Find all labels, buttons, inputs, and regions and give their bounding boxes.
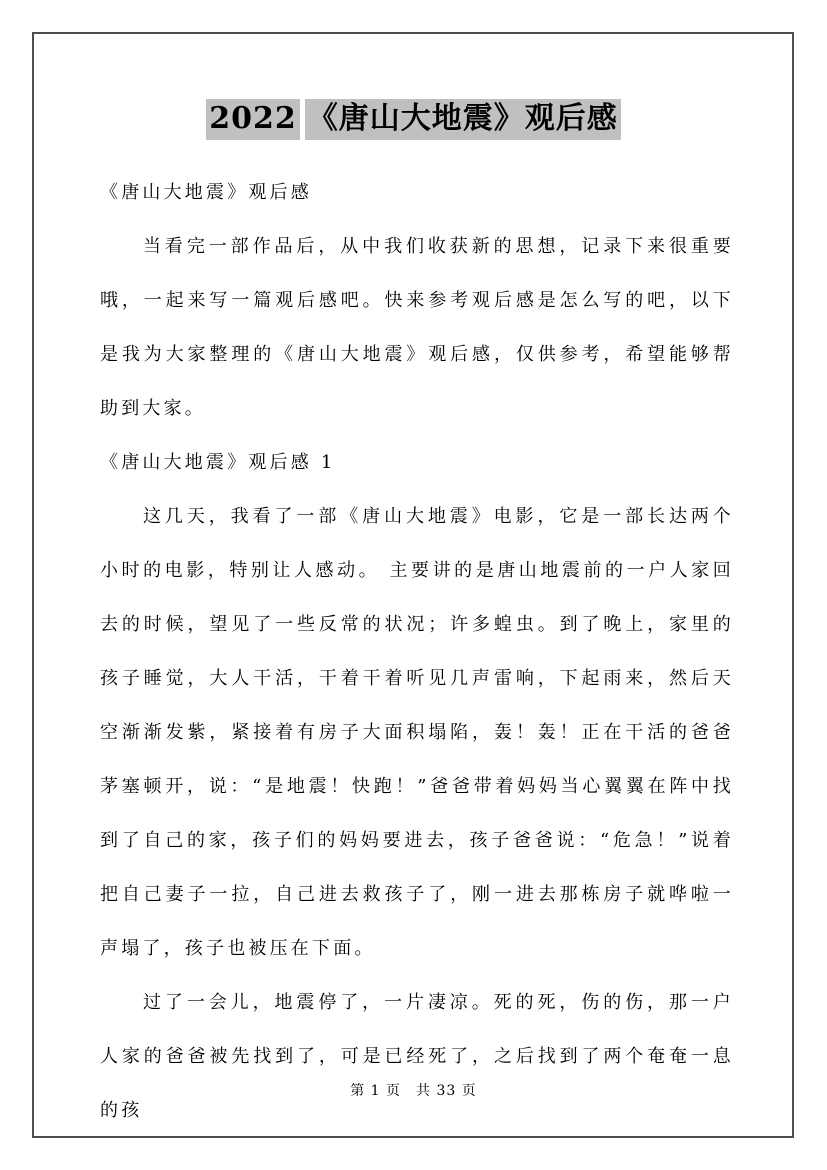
document-body: 《唐山大地震》观后感 当看完一部作品后，从中我们收获新的思想，记录下来很重要哦，…: [100, 166, 734, 1138]
section-heading: 《唐山大地震》观后感: [100, 166, 734, 220]
document-title-main: 《唐山大地震》观后感: [305, 99, 621, 140]
paragraph: 当看完一部作品后，从中我们收获新的思想，记录下来很重要哦，一起来写一篇观后感吧。…: [100, 220, 734, 436]
document-title: 2022《唐山大地震》观后感: [0, 99, 827, 139]
paragraph: 这几天，我看了一部《唐山大地震》电影，它是一部长达两个小时的电影，特别让人感动。…: [100, 490, 734, 976]
section-heading: 《唐山大地震》观后感 1: [100, 436, 734, 490]
page-number-footer: 第 1 页 共 33 页: [0, 1080, 827, 1100]
document-title-year: 2022: [206, 99, 300, 140]
paragraph: 过了一会儿，地震停了，一片凄凉。死的死，伤的伤，那一户人家的爸爸被先找到了，可是…: [100, 976, 734, 1138]
